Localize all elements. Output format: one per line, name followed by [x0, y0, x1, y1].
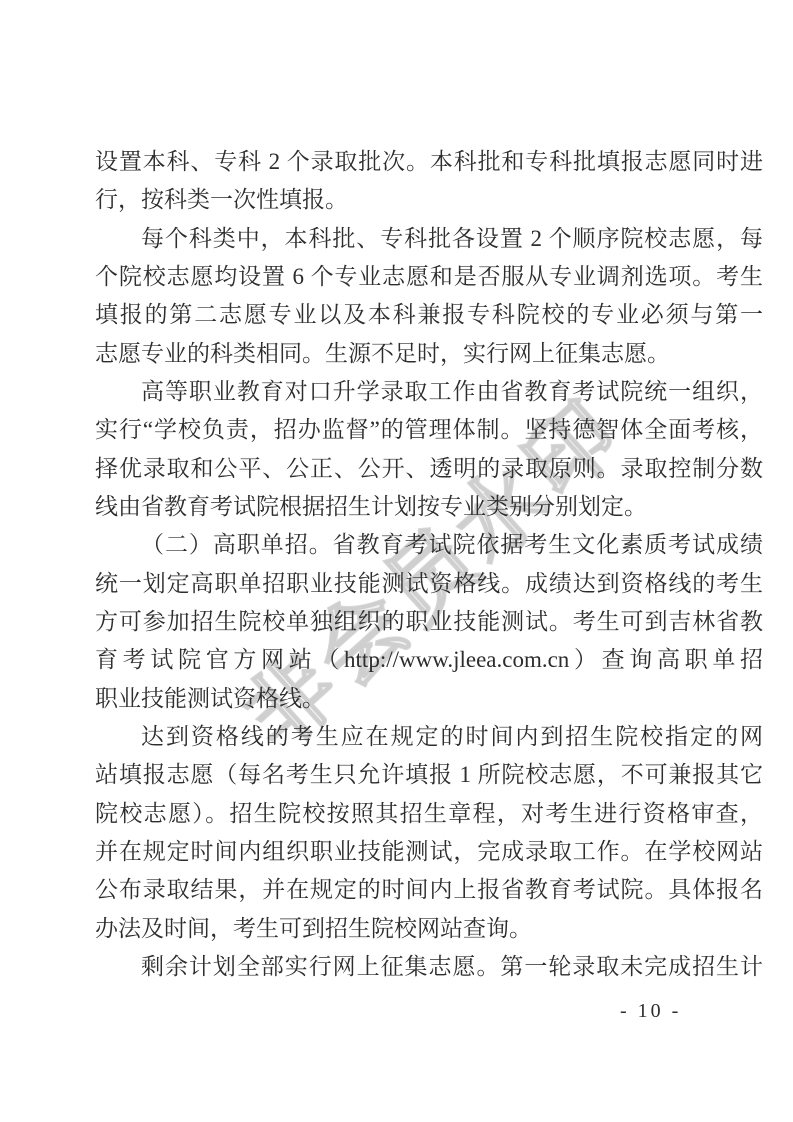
- text-line: 个院校志愿均设置 6 个专业志愿和是否服从专业调剂选项。考生: [95, 258, 763, 296]
- text-line: 院校志愿）。招生院校按照其招生章程，对考生进行资格审查，: [95, 795, 763, 833]
- text-line: 行，按科类一次性填报。: [95, 181, 763, 219]
- text-line: （二）高职单招。省教育考试院依据考生文化素质考试成绩: [95, 526, 763, 564]
- text-line: 育考试院官方网站（http://www.jleea.com.cn）查询高职单招: [95, 641, 763, 679]
- text-line: 公布录取结果，并在规定的时间内上报省教育考试院。具体报名: [95, 871, 763, 909]
- document-page: 非会员水印 设置本科、专科 2 个录取批次。本科批和专科批填报志愿同时进行，按科…: [0, 0, 793, 1122]
- document-body: 设置本科、专科 2 个录取批次。本科批和专科批填报志愿同时进行，按科类一次性填报…: [95, 143, 763, 986]
- text-line: 统一划定高职单招职业技能测试资格线。成绩达到资格线的考生: [95, 565, 763, 603]
- page-number: - 10 -: [620, 1000, 700, 1023]
- text-line: 方可参加招生院校单独组织的职业技能测试。考生可到吉林省教: [95, 603, 763, 641]
- paragraph: 达到资格线的考生应在规定的时间内到招生院校指定的网站填报志愿（每名考生只允许填报…: [95, 718, 763, 948]
- text-line: 并在规定时间内组织职业技能测试，完成录取工作。在学校网站: [95, 833, 763, 871]
- text-line: 择优录取和公平、公正、公开、透明的录取原则。录取控制分数: [95, 450, 763, 488]
- text-line: 设置本科、专科 2 个录取批次。本科批和专科批填报志愿同时进: [95, 143, 763, 181]
- paragraph: 每个科类中，本科批、专科批各设置 2 个顺序院校志愿，每个院校志愿均设置 6 个…: [95, 220, 763, 373]
- text-line: 达到资格线的考生应在规定的时间内到招生院校指定的网: [95, 718, 763, 756]
- paragraph: 剩余计划全部实行网上征集志愿。第一轮录取未完成招生计: [95, 948, 763, 986]
- text-line: 志愿专业的科类相同。生源不足时，实行网上征集志愿。: [95, 335, 763, 373]
- paragraph: 设置本科、专科 2 个录取批次。本科批和专科批填报志愿同时进行，按科类一次性填报…: [95, 143, 763, 220]
- text-line: 办法及时间，考生可到招生院校网站查询。: [95, 910, 763, 948]
- text-line: 实行“学校负责，招办监督”的管理体制。坚持德智体全面考核，: [95, 411, 763, 449]
- text-line: 每个科类中，本科批、专科批各设置 2 个顺序院校志愿，每: [95, 220, 763, 258]
- paragraph: （二）高职单招。省教育考试院依据考生文化素质考试成绩统一划定高职单招职业技能测试…: [95, 526, 763, 718]
- paragraph: 高等职业教育对口升学录取工作由省教育考试院统一组织，实行“学校负责，招办监督”的…: [95, 373, 763, 526]
- text-line: 职业技能测试资格线。: [95, 680, 763, 718]
- text-line: 剩余计划全部实行网上征集志愿。第一轮录取未完成招生计: [95, 948, 763, 986]
- text-line: 线由省教育考试院根据招生计划按专业类别分别划定。: [95, 488, 763, 526]
- text-line: 高等职业教育对口升学录取工作由省教育考试院统一组织，: [95, 373, 763, 411]
- text-line: 站填报志愿（每名考生只允许填报 1 所院校志愿，不可兼报其它: [95, 756, 763, 794]
- text-line: 填报的第二志愿专业以及本科兼报专科院校的专业必须与第一: [95, 296, 763, 334]
